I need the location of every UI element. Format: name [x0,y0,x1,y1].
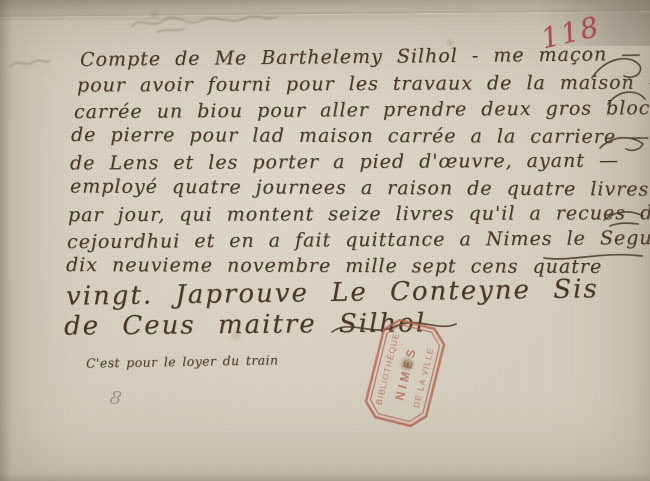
manuscript-line: pour avoir fourni pour les travaux de la… [77,71,650,96]
manuscript-line: carrée un biou pour aller prendre deux g… [74,97,650,123]
pen-flourish [602,206,646,230]
manuscript-line: par jour, qui montent seize livres qu'il… [68,202,650,226]
showthrough-mark [128,8,280,36]
manuscript-line: de Lens et les porter a pied d'œuvre, ay… [70,150,619,175]
showthrough-mark [8,52,52,74]
pencil-mark: 8 [108,387,123,410]
manuscript-line: employé quatre journees a raison de quat… [70,175,649,200]
page-bottom-edge-shadow [0,473,650,481]
manuscript-page: 118 Compte de Me Barthelemy Silhol - me … [0,0,650,481]
pen-flourish [590,52,646,88]
margin-note: C'est pour le loyer du train [86,352,279,370]
pen-flourish [606,86,648,112]
pen-flourish [598,132,646,158]
approval-line: vingt. Japrouve Le Conteyne Sis [66,274,599,311]
manuscript-line: Compte de Me Barthelemy Silhol - me maço… [80,43,641,71]
underline-stroke [542,248,646,264]
manuscript-line: de pierre pour lad maison carrée a la ca… [71,124,650,148]
